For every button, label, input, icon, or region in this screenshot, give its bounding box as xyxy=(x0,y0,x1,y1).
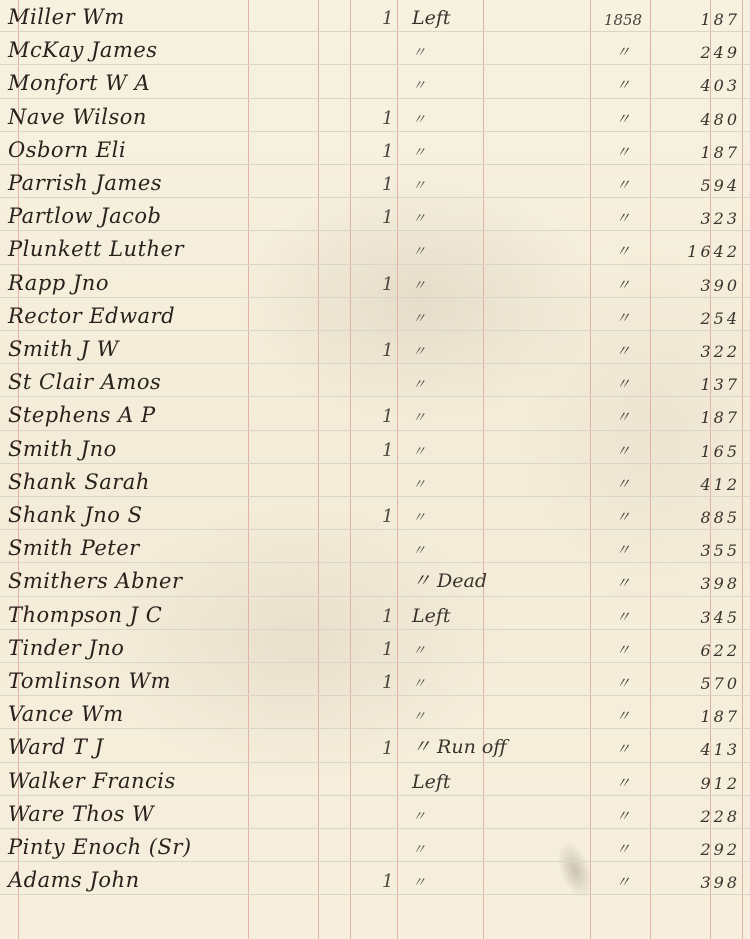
entry-year: 〃 xyxy=(596,440,650,461)
entry-amount: 570 xyxy=(700,674,740,693)
entry-name: Shank Jno S xyxy=(8,503,143,527)
entry-name: Smith Peter xyxy=(8,536,140,560)
ledger-row: Shank Sarah 〃 〃 412 xyxy=(0,465,750,498)
ledger-row: Smithers Abner 〃 Dead 〃 398 xyxy=(0,564,750,597)
row-rule xyxy=(0,197,750,198)
ledger-page: Miller Wm 1 Left 1858 187 McKay James 〃 … xyxy=(0,0,750,939)
ledger-row: Miller Wm 1 Left 1858 187 xyxy=(0,0,750,33)
ledger-row: Smith Jno 1 〃 〃 165 xyxy=(0,432,750,465)
ledger-row: Smith Peter 〃 〃 355 xyxy=(0,531,750,564)
entry-year: 〃 xyxy=(596,871,650,892)
row-rule xyxy=(0,861,750,862)
ledger-row: Rapp Jno 1 〃 〃 390 xyxy=(0,266,750,299)
row-rule xyxy=(0,164,750,165)
entry-year: 〃 xyxy=(596,606,650,627)
entry-amount: 622 xyxy=(700,641,740,660)
ledger-row: Adams John 1 〃 〃 398 xyxy=(0,863,750,896)
entry-mark: 1 xyxy=(382,8,393,29)
row-rule xyxy=(0,728,750,729)
entry-mark: 1 xyxy=(382,440,393,461)
entry-status: 〃 xyxy=(412,839,426,859)
entry-year: 〃 xyxy=(596,74,650,95)
entry-status: 〃 xyxy=(412,407,426,427)
row-rule xyxy=(0,629,750,630)
entry-year: 〃 xyxy=(596,141,650,162)
entry-year: 〃 xyxy=(596,307,650,328)
entry-mark: 1 xyxy=(382,639,393,660)
entry-amount: 292 xyxy=(700,840,740,859)
row-rule xyxy=(0,795,750,796)
ledger-row: Tinder Jno 1 〃 〃 622 xyxy=(0,631,750,664)
entry-name: Walker Francis xyxy=(8,769,176,793)
ledger-row: St Clair Amos 〃 〃 137 xyxy=(0,365,750,398)
entry-status: 〃 xyxy=(412,540,426,560)
entry-amount: 345 xyxy=(700,608,740,627)
row-rule xyxy=(0,98,750,99)
entry-status: 〃 xyxy=(412,706,426,726)
entry-name: Stephens A P xyxy=(8,403,156,427)
entry-year: 〃 xyxy=(596,240,650,261)
entry-status: Left xyxy=(412,771,451,793)
ledger-row: Pinty Enoch (Sr) 〃 〃 292 xyxy=(0,830,750,863)
entry-year: 〃 xyxy=(596,705,650,726)
row-rule xyxy=(0,695,750,696)
entry-year: 〃 xyxy=(596,772,650,793)
entry-amount: 1642 xyxy=(687,242,740,261)
entry-year: 〃 xyxy=(596,274,650,295)
entry-status: 〃 xyxy=(412,673,426,693)
entry-name: Shank Sarah xyxy=(8,470,150,494)
entry-status: 〃 xyxy=(412,175,426,195)
entry-year: 1858 xyxy=(596,11,650,29)
ledger-row: Osborn Eli 1 〃 〃 187 xyxy=(0,133,750,166)
entry-name: Rapp Jno xyxy=(8,271,109,295)
row-rule xyxy=(0,230,750,231)
ledger-row: Stephens A P 1 〃 〃 187 xyxy=(0,398,750,431)
entry-status: 〃 xyxy=(412,474,426,494)
entry-mark: 1 xyxy=(382,606,393,627)
entry-name: Tinder Jno xyxy=(8,636,124,660)
entry-amount: 398 xyxy=(700,574,740,593)
entry-mark: 1 xyxy=(382,738,393,759)
row-rule xyxy=(0,762,750,763)
row-rule xyxy=(0,894,750,895)
entry-amount: 480 xyxy=(700,110,740,129)
ledger-row: Vance Wm 〃 〃 187 xyxy=(0,697,750,730)
entry-name: McKay James xyxy=(8,38,158,62)
entry-name: Plunkett Luther xyxy=(8,237,184,261)
entry-year: 〃 xyxy=(596,41,650,62)
row-rule xyxy=(0,363,750,364)
entry-name: Partlow Jacob xyxy=(8,204,161,228)
entry-year: 〃 xyxy=(596,108,650,129)
entry-year: 〃 xyxy=(596,340,650,361)
entry-amount: 165 xyxy=(700,442,740,461)
entry-status: 〃 xyxy=(412,42,426,62)
row-rule xyxy=(0,131,750,132)
entry-year: 〃 xyxy=(596,373,650,394)
entry-year: 〃 xyxy=(596,174,650,195)
entry-status: 〃 xyxy=(412,341,426,361)
row-rule xyxy=(0,496,750,497)
row-rule xyxy=(0,463,750,464)
entry-status: 〃 xyxy=(412,275,426,295)
entry-status: 〃 xyxy=(412,75,426,95)
row-rule xyxy=(0,297,750,298)
ledger-row: Monfort W A 〃 〃 403 xyxy=(0,66,750,99)
entry-year: 〃 xyxy=(596,506,650,527)
entry-name: Pinty Enoch (Sr) xyxy=(8,835,192,859)
entry-status: 〃 xyxy=(412,241,426,261)
entry-amount: 254 xyxy=(700,309,740,328)
row-rule xyxy=(0,828,750,829)
entry-name: Smith Jno xyxy=(8,437,117,461)
row-rule xyxy=(0,64,750,65)
ledger-row: Smith J W 1 〃 〃 322 xyxy=(0,332,750,365)
entry-amount: 355 xyxy=(700,541,740,560)
entry-amount: 187 xyxy=(700,408,740,427)
entry-year: 〃 xyxy=(596,639,650,660)
ledger-row: Thompson J C 1 Left 〃 345 xyxy=(0,598,750,631)
entry-year: 〃 xyxy=(596,207,650,228)
entry-status: Left xyxy=(412,605,451,627)
entry-name: Nave Wilson xyxy=(8,105,147,129)
row-rule xyxy=(0,562,750,563)
row-rule xyxy=(0,264,750,265)
row-rule xyxy=(0,330,750,331)
entry-status: 〃 Run off xyxy=(412,732,507,759)
ledger-row: Partlow Jacob 1 〃 〃 323 xyxy=(0,199,750,232)
entry-mark: 1 xyxy=(382,506,393,527)
entry-amount: 187 xyxy=(700,707,740,726)
entry-status: 〃 xyxy=(412,374,426,394)
entry-status: 〃 xyxy=(412,806,426,826)
entry-year: 〃 xyxy=(596,738,650,759)
entry-amount: 228 xyxy=(700,807,740,826)
entry-name: Ware Thos W xyxy=(8,802,154,826)
entry-year: 〃 xyxy=(596,672,650,693)
entry-mark: 1 xyxy=(382,871,393,892)
entry-status: 〃 xyxy=(412,142,426,162)
entry-amount: 912 xyxy=(700,774,740,793)
ledger-row: Ward T J 1 〃 Run off 〃 413 xyxy=(0,730,750,763)
row-rule xyxy=(0,430,750,431)
entry-year: 〃 xyxy=(596,406,650,427)
entry-year: 〃 xyxy=(596,539,650,560)
entry-name: Smithers Abner xyxy=(8,569,183,593)
entry-status: Left xyxy=(412,7,451,29)
entry-year: 〃 xyxy=(596,805,650,826)
entry-amount: 412 xyxy=(700,475,740,494)
entry-mark: 1 xyxy=(382,672,393,693)
ledger-row: Ware Thos W 〃 〃 228 xyxy=(0,797,750,830)
ledger-row: Parrish James 1 〃 〃 594 xyxy=(0,166,750,199)
ledger-row: Shank Jno S 1 〃 〃 885 xyxy=(0,498,750,531)
entry-year: 〃 xyxy=(596,473,650,494)
entry-name: Smith J W xyxy=(8,337,119,361)
entry-status: 〃 xyxy=(412,109,426,129)
entry-status: 〃 xyxy=(412,308,426,328)
entry-amount: 594 xyxy=(700,176,740,195)
entry-amount: 413 xyxy=(700,740,740,759)
entry-status: 〃 xyxy=(412,208,426,228)
entry-name: Adams John xyxy=(8,868,140,892)
entry-name: Vance Wm xyxy=(8,702,124,726)
entry-mark: 1 xyxy=(382,340,393,361)
entry-name: Miller Wm xyxy=(8,5,125,29)
ledger-row: Nave Wilson 1 〃 〃 480 xyxy=(0,100,750,133)
entry-name: Thompson J C xyxy=(8,603,162,627)
entry-amount: 323 xyxy=(700,209,740,228)
entry-mark: 1 xyxy=(382,174,393,195)
entry-status: 〃 xyxy=(412,872,426,892)
ledger-row: Walker Francis Left 〃 912 xyxy=(0,764,750,797)
entry-mark: 1 xyxy=(382,207,393,228)
row-rule xyxy=(0,31,750,32)
row-rule xyxy=(0,396,750,397)
entry-mark: 1 xyxy=(382,406,393,427)
entry-year: 〃 xyxy=(596,838,650,859)
entry-amount: 403 xyxy=(700,76,740,95)
entry-amount: 390 xyxy=(700,276,740,295)
entry-mark: 1 xyxy=(382,274,393,295)
ledger-row: Tomlinson Wm 1 〃 〃 570 xyxy=(0,664,750,697)
entry-name: Monfort W A xyxy=(8,71,150,95)
entry-name: Rector Edward xyxy=(8,304,175,328)
entry-amount: 137 xyxy=(700,375,740,394)
entry-status: 〃 xyxy=(412,640,426,660)
ledger-row: McKay James 〃 〃 249 xyxy=(0,33,750,66)
entry-status: 〃 xyxy=(412,441,426,461)
entry-mark: 1 xyxy=(382,141,393,162)
entry-amount: 398 xyxy=(700,873,740,892)
entry-amount: 187 xyxy=(700,143,740,162)
entry-amount: 885 xyxy=(700,508,740,527)
entry-name: Osborn Eli xyxy=(8,138,126,162)
row-rule xyxy=(0,596,750,597)
entry-name: Ward T J xyxy=(8,735,104,759)
ledger-row: Plunkett Luther 〃 〃 1642 xyxy=(0,232,750,265)
entry-amount: 322 xyxy=(700,342,740,361)
entry-status: 〃 Dead xyxy=(412,566,487,593)
entry-name: Parrish James xyxy=(8,171,162,195)
entry-amount: 187 xyxy=(700,10,740,29)
entry-mark: 1 xyxy=(382,108,393,129)
entry-status: 〃 xyxy=(412,507,426,527)
entry-name: St Clair Amos xyxy=(8,370,161,394)
ledger-row: Rector Edward 〃 〃 254 xyxy=(0,299,750,332)
entry-name: Tomlinson Wm xyxy=(8,669,171,693)
entry-amount: 249 xyxy=(700,43,740,62)
entry-year: 〃 xyxy=(596,572,650,593)
row-rule xyxy=(0,529,750,530)
row-rule xyxy=(0,662,750,663)
